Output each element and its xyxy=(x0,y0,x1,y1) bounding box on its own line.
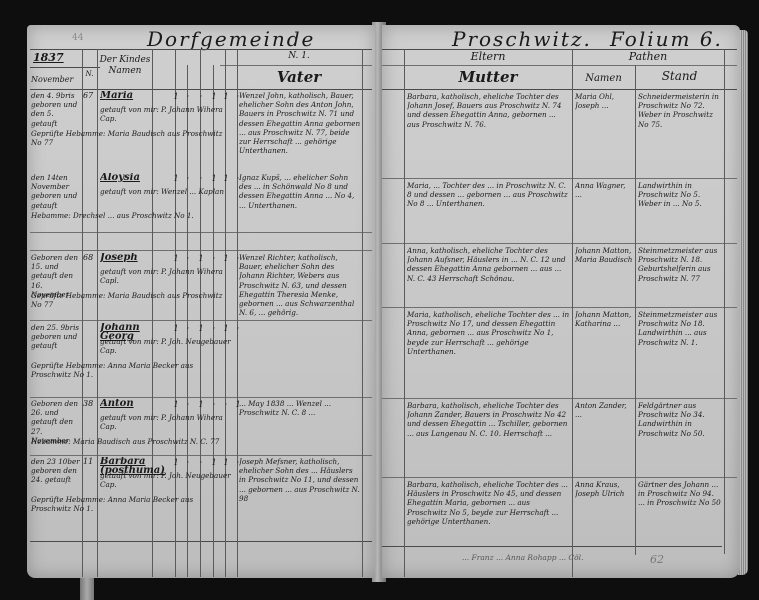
child-name-header: Der Kindes Namen xyxy=(99,55,151,77)
tally-mark: · xyxy=(209,254,219,263)
baptism-officiant: getauft von mir: P. Johann Wihera Cap. xyxy=(100,413,235,433)
midwife: Geprüfte Hebamme: Anna Maria Becker aus … xyxy=(31,495,235,539)
rule xyxy=(635,65,636,555)
tally-mark: 1 xyxy=(221,458,231,467)
midwife: Geprüfte Hebamme: Anna Maria Becker aus … xyxy=(31,361,235,395)
tally-mark: 1 xyxy=(171,92,181,101)
rule xyxy=(382,398,737,399)
father-details: Wenzel Richter, katholisch, Bauer, eheli… xyxy=(239,253,361,319)
mother-details: Maria, katholisch, eheliche Tochter des … xyxy=(407,310,570,396)
child-name: Anton xyxy=(100,399,174,408)
page-number: 62 xyxy=(650,555,680,564)
father-details: ... May 1838 ... Wenzel ... Proschwitz N… xyxy=(239,399,361,454)
tally-mark: 1 xyxy=(171,324,181,333)
godparent-names-header: Namen xyxy=(572,73,635,84)
tally-mark: 1 xyxy=(209,458,219,467)
godparent-status: Schneidermeisterin in Proschwitz No 72. … xyxy=(638,92,722,176)
child-name: Maria xyxy=(100,91,174,100)
mother-header: Mutter xyxy=(404,69,572,86)
tally-mark: · xyxy=(196,92,206,101)
godparent-status-header: Stand xyxy=(635,71,724,82)
godparent-names: Johann Matton, Katharina ... xyxy=(575,310,633,396)
godparent-status: Landwirthin in Proschwitz No 5. Weber in… xyxy=(638,181,722,241)
godparent-names: Anton Zander, ... xyxy=(575,401,633,475)
rule xyxy=(382,178,737,179)
rule xyxy=(404,49,405,577)
father-no-header: N. 1. xyxy=(237,51,361,62)
rule xyxy=(220,65,372,66)
father-details xyxy=(239,323,361,395)
tally-mark: · xyxy=(183,92,193,101)
tally-mark: · xyxy=(209,324,219,333)
rule xyxy=(382,477,737,478)
rule xyxy=(382,546,722,547)
rule xyxy=(724,49,725,554)
godparent-names: Anna Kraus, Joseph Ulrich xyxy=(575,480,633,544)
mother-details: Barbara, katholisch, eheliche Tochter de… xyxy=(407,92,570,176)
footer-note: ... Franz ... Anna Rohapp ... Cöl. xyxy=(462,553,612,562)
tally-mark: · xyxy=(183,458,193,467)
father-details: Wenzel John, katholisch, Bauer, eheliche… xyxy=(239,91,361,171)
tally-mark: · xyxy=(183,254,193,263)
midwife: Hebamme: Maria Baudisch aus Proschwitz N… xyxy=(31,437,235,454)
tally-mark: 1 xyxy=(171,400,181,409)
nr-header: N. xyxy=(82,69,97,80)
tally-mark: 1 xyxy=(221,254,231,263)
parents-header: Eltern xyxy=(404,51,572,62)
baptism-officiant: getauft von mir: P. Joh. Neugebauer Cap. xyxy=(100,471,235,491)
father-details: Joseph Mefsner, katholisch, ehelicher So… xyxy=(239,457,361,539)
tally-mark: 1 xyxy=(221,174,231,183)
godparent-status: Gärtner des Johann ... in Proschwitz No … xyxy=(638,480,722,544)
page-title-left: Dorfgemeinde xyxy=(147,27,315,51)
month-header: November xyxy=(31,75,83,84)
midwife: Hebamme: Drechsel ... aus Proschwitz No … xyxy=(31,211,235,248)
folium-title: Folium 6. xyxy=(610,27,723,51)
rule xyxy=(30,67,100,68)
entry-number: 67 xyxy=(83,91,97,100)
baptism-officiant: getauft von mir: Wenzel ... Kaplan xyxy=(100,187,235,207)
entry-number: 68 xyxy=(83,253,97,262)
tally-mark: 1 xyxy=(209,92,219,101)
tally-mark: · xyxy=(196,174,206,183)
tally-mark: 1 xyxy=(171,458,181,467)
tally-mark: 1 xyxy=(209,174,219,183)
entry-number: 38 xyxy=(83,399,97,408)
right-page: Proschwitz. Folium 6. Eltern Mutter Path… xyxy=(382,25,740,578)
rule xyxy=(382,89,737,90)
tally-mark: 1 xyxy=(221,324,231,333)
child-name: Joseph xyxy=(100,253,174,262)
baptism-officiant: getauft von mir: P. Johann Wihera Cap. xyxy=(100,105,235,125)
mother-details: Barbara, katholisch, eheliche Tochter de… xyxy=(407,480,570,544)
rule xyxy=(237,49,238,577)
tally-mark: · xyxy=(183,324,193,333)
tally-mark: · xyxy=(183,400,193,409)
tally-mark: · xyxy=(183,174,193,183)
rule xyxy=(382,65,737,66)
rule xyxy=(382,307,737,308)
tally-mark: 1 xyxy=(196,400,206,409)
father-header: Vater xyxy=(237,69,361,86)
tally-mark: 1 xyxy=(221,92,231,101)
year-header: 1837 xyxy=(33,51,81,64)
mother-details: Anna, katholisch, eheliche Tochter des J… xyxy=(407,246,570,306)
godparent-status: Steinmetzmeister aus Proschwitz No 18. L… xyxy=(638,310,722,396)
rule xyxy=(572,49,573,577)
godparent-names: Maria Ohl, Joseph ... xyxy=(575,92,633,176)
child-name: Aloysia xyxy=(100,173,174,182)
tally-mark: 1 xyxy=(196,324,206,333)
midwife: Geprüfte Hebamme: Maria Baudisch aus Pro… xyxy=(31,129,235,171)
midwife: Geprüfte Hebamme: Maria Baudisch aus Pro… xyxy=(31,291,235,319)
rule xyxy=(362,49,363,577)
rule xyxy=(382,49,737,50)
entry-number: 11 xyxy=(83,457,97,466)
tally-mark: 1 xyxy=(171,254,181,263)
godparent-names: Anna Wagner, ... xyxy=(575,181,633,241)
tally-mark: 1 xyxy=(196,254,206,263)
tally-mark: 1 xyxy=(171,174,181,183)
baptism-officiant: getauft von mir: P. Joh. Neugebauer Cap. xyxy=(100,337,235,357)
baptism-officiant: getauft von mir: P. Johann Wihera Capl. xyxy=(100,267,235,287)
mother-details: Maria, ... Tochter des ... in Proschwitz… xyxy=(407,181,570,241)
rule xyxy=(382,243,737,244)
tally-mark: · xyxy=(209,400,219,409)
tally-mark: · xyxy=(196,458,206,467)
tally-mark: · xyxy=(221,400,231,409)
page-title-right: Proschwitz. xyxy=(452,27,592,51)
pencil-mark: 44 xyxy=(72,33,83,43)
godparents-header: Pathen xyxy=(572,51,724,62)
godparent-names: Johann Matton, Maria Baudisch xyxy=(575,246,633,306)
mother-details: Barbara, katholisch, eheliche Tochter de… xyxy=(407,401,570,475)
left-page: 44 Dorfgemeinde 1837 November N. Der Kin… xyxy=(27,25,375,578)
godparent-status: Feldgärtner aus Proschwitz No 34. Landwi… xyxy=(638,401,722,475)
father-details: Ignaz Kupš, ... ehelicher Sohn des ... i… xyxy=(239,173,361,248)
godparent-status: Steinmetzmeister aus Proschwitz N. 18. G… xyxy=(638,246,722,306)
